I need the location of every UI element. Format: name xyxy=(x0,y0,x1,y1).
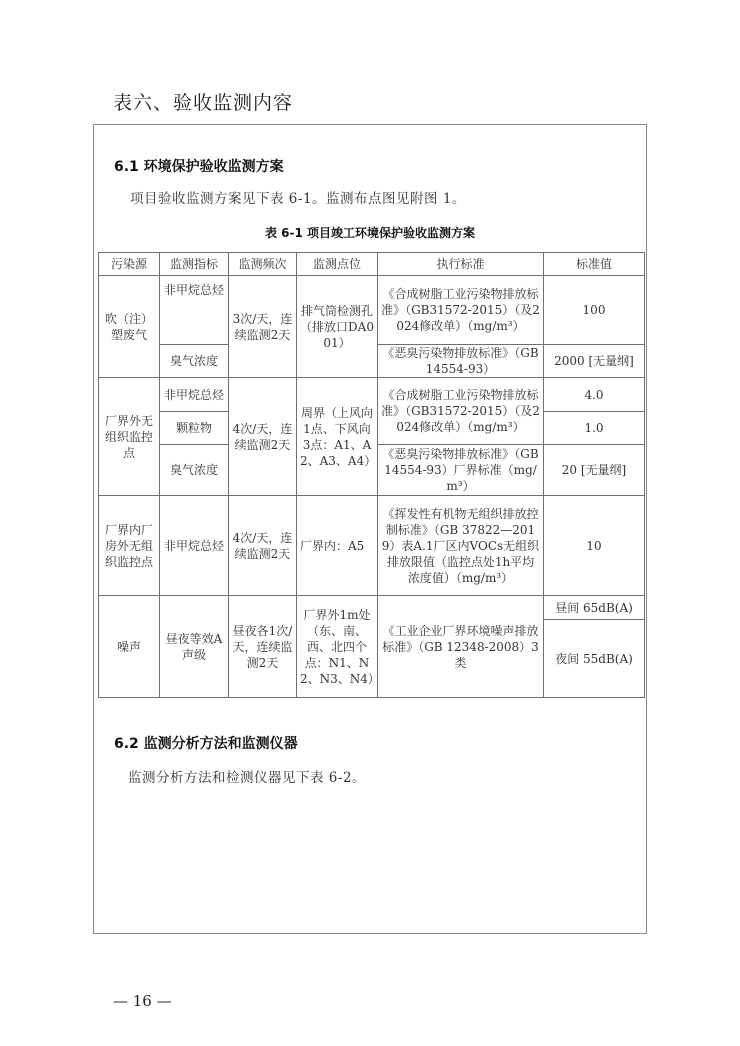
header-cell: 监测频次 xyxy=(229,253,297,276)
indicator-cell: 非甲烷总烃 xyxy=(160,496,229,596)
frequency-cell: 4次/天，连续监测2天 xyxy=(229,378,297,496)
source-cell: 吹（注）塑废气 xyxy=(99,276,160,378)
table-row: 厂界外无组织监控点 非甲烷总烃 4次/天，连续监测2天 周界（上风向1点、下风向… xyxy=(99,378,645,412)
value-cell: 2000 [无量纲] xyxy=(544,345,645,378)
value-cell: 1.0 xyxy=(544,412,645,445)
value-cell-night: 夜间 55dB(A) xyxy=(544,620,645,698)
standard-cell: 《恶臭污染物排放标准》（GB14554-93） xyxy=(378,345,544,378)
indicator-cell: 臭气浓度 xyxy=(160,445,229,496)
header-cell: 执行标准 xyxy=(378,253,544,276)
standard-cell: 《挥发性有机物无组织排放控制标准》（GB 37822—2019）表A.1厂区内V… xyxy=(378,496,544,596)
indicator-cell: 臭气浓度 xyxy=(160,345,229,378)
table-caption-text: 表 6-1 项目竣工环境保护验收监测方案 xyxy=(265,224,475,241)
header-cell: 标准值 xyxy=(544,253,645,276)
section-heading-6-1: 6.1 环境保护验收监测方案 xyxy=(114,156,284,176)
table-caption: 表 6-1 项目竣工环境保护验收监测方案 xyxy=(0,224,740,241)
indicator-cell: 非甲烷总烃 xyxy=(160,276,229,345)
location-cell: 排气筒检测孔（排放口DA001） xyxy=(297,276,378,378)
value-cell: 20 [无量纲] xyxy=(544,445,645,496)
section-6-2-paragraph: 监测分析方法和检测仪器见下表 6-2。 xyxy=(128,766,366,786)
value-cell-day: 昼间 65dB(A) xyxy=(544,596,645,620)
standard-cell: 《合成树脂工业污染物排放标准》（GB31572-2015）（及2024修改单）（… xyxy=(378,378,544,445)
source-cell: 厂界外无组织监控点 xyxy=(99,378,160,496)
value-cell: 4.0 xyxy=(544,378,645,412)
location-cell: 厂界外1m处（东、南、西、北四个点：N1、N2、N3、N4） xyxy=(297,596,378,698)
source-cell: 噪声 xyxy=(99,596,160,698)
indicator-cell: 非甲烷总烃 xyxy=(160,378,229,412)
section-6-1-paragraph: 项目验收监测方案见下表 6-1。监测布点图见附图 1。 xyxy=(130,187,466,207)
monitoring-plan-table: 污染源 监测指标 监测频次 监测点位 执行标准 标准值 吹（注）塑废气 非甲烷总… xyxy=(98,252,645,698)
value-cell: 100 xyxy=(544,276,645,345)
frequency-cell: 昼夜各1次/天，连续监测2天 xyxy=(229,596,297,698)
page-number: — 16 — xyxy=(113,992,172,1010)
table-row: 噪声 昼夜等效A声级 昼夜各1次/天，连续监测2天 厂界外1m处（东、南、西、北… xyxy=(99,596,645,620)
standard-cell: 《恶臭污染物排放标准》（GB14554-93）厂界标准（mg/m³） xyxy=(378,445,544,496)
frequency-cell: 4次/天，连续监测2天 xyxy=(229,496,297,596)
table-row: 吹（注）塑废气 非甲烷总烃 3次/天，连续监测2天 排气筒检测孔（排放口DA00… xyxy=(99,276,645,345)
location-cell: 厂界内：A5 xyxy=(297,496,378,596)
header-cell: 监测点位 xyxy=(297,253,378,276)
table-header-row: 污染源 监测指标 监测频次 监测点位 执行标准 标准值 xyxy=(99,253,645,276)
header-cell: 监测指标 xyxy=(160,253,229,276)
value-cell: 10 xyxy=(544,496,645,596)
page-title: 表六、验收监测内容 xyxy=(113,88,293,115)
standard-cell: 《合成树脂工业污染物排放标准》（GB31572-2015）（及2024修改单）（… xyxy=(378,276,544,345)
section-heading-6-2: 6.2 监测分析方法和监测仪器 xyxy=(114,733,298,753)
frequency-cell: 3次/天，连续监测2天 xyxy=(229,276,297,378)
indicator-cell: 昼夜等效A声级 xyxy=(160,596,229,698)
indicator-cell: 颗粒物 xyxy=(160,412,229,445)
standard-cell: 《工业企业厂界环境噪声排放标准》（GB 12348-2008）3类 xyxy=(378,596,544,698)
location-cell: 周界（上风向1点、下风向3点：A1、A2、A3、A4） xyxy=(297,378,378,496)
source-cell: 厂界内厂房外无组织监控点 xyxy=(99,496,160,596)
table-row: 厂界内厂房外无组织监控点 非甲烷总烃 4次/天，连续监测2天 厂界内：A5 《挥… xyxy=(99,496,645,596)
header-cell: 污染源 xyxy=(99,253,160,276)
